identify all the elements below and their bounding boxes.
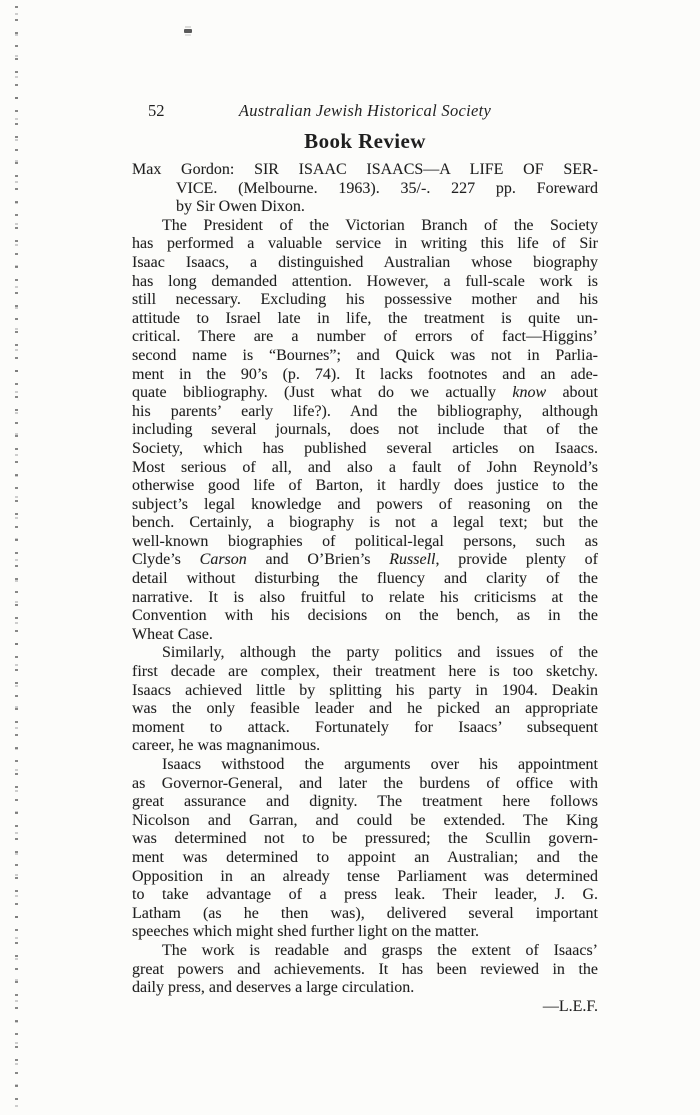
text-line: Most serious of all, and also a fault of… [132,459,598,478]
text-line: great assurance and dignity. The treatme… [132,793,598,812]
text-line: to take advantage of a press leak. Their… [132,886,598,905]
text-line: great powers and achievements. It has be… [132,961,598,980]
text-line: attitude to Israel late in life, the tre… [132,310,598,329]
text-line: moment to attack. Fortunately for Isaacs… [132,719,598,738]
text-line: speeches which might shed further light … [132,923,598,942]
paragraph: Max Gordon: SIR ISAAC ISAACS—A LIFE OF S… [132,161,598,217]
text-line: has performed a valuable service in writ… [132,235,598,254]
text-line: detail without disturbing the fluency an… [132,570,598,589]
text-line: narrative. It is also fruitful to relate… [132,589,598,608]
text-line: his parents’ early life?). And the bibli… [132,403,598,422]
text-line: Society, which has published several art… [132,440,598,459]
scan-binding-marks [15,6,18,1107]
text-line: was determined not to be pressured; the … [132,830,598,849]
paragraph: The work is readable and grasps the exte… [132,942,598,998]
text-line: ment was determined to appoint an Austra… [132,849,598,868]
journal-title: Australian Jewish Historical Society [132,101,598,120]
section-title: Book Review [132,129,598,154]
reviewer-signature: —L.E.F. [132,998,598,1017]
text-line: well-known biographies of political-lega… [132,533,598,552]
text-line: daily press, and deserves a large circul… [132,979,598,998]
text-line: career, he was magnanimous. [132,737,598,756]
text-line: including several journals, does not inc… [132,421,598,440]
text-line: Convention with his decisions on the ben… [132,607,598,626]
text-line: The work is readable and grasps the exte… [132,942,598,961]
text-line: bench. Certainly, a biography is not a l… [132,514,598,533]
text-line: Isaacs achieved little by splitting his … [132,682,598,701]
paragraph: Similarly, although the party politics a… [132,644,598,756]
text-line: critical. There are a number of errors o… [132,328,598,347]
text-line: was the only feasible leader and he pick… [132,700,598,719]
text-line: quate bibliography. (Just what do we act… [132,384,598,403]
text-line: VICE. (Melbourne. 1963). 35/-. 227 pp. F… [132,180,598,199]
text-line: otherwise good life of Barton, it hardly… [132,477,598,496]
text-line: ment in the 90’s (p. 74). It lacks footn… [132,366,598,385]
text-line: Isaacs withstood the arguments over his … [132,756,598,775]
text-line: has long demanded attention. However, a … [132,273,598,292]
text-line: Nicolson and Garran, and could be extend… [132,812,598,831]
ink-speck [184,29,192,33]
page-number: 52 [148,101,165,120]
text-line: second name is “Bournes”; and Quick was … [132,347,598,366]
text-line: Clyde’s Carson and O’Brien’s Russell, pr… [132,551,598,570]
text-line: as Governor-General, and later the burde… [132,775,598,794]
text-line: The President of the Victorian Branch of… [132,217,598,236]
text-line: subject’s legal knowledge and powers of … [132,496,598,515]
text-line: first decade are complex, their treatmen… [132,663,598,682]
text-line: by Sir Owen Dixon. [132,198,598,217]
text-line: Opposition in an already tense Parliamen… [132,868,598,887]
paragraph: The President of the Victorian Branch of… [132,217,598,645]
text-line: Isaac Isaacs, a distinguished Australian… [132,254,598,273]
text-line: still necessary. Excluding his possessiv… [132,291,598,310]
text-line: Max Gordon: SIR ISAAC ISAACS—A LIFE OF S… [132,161,598,180]
page-header: 52 Australian Jewish Historical Society [132,101,598,120]
text-line: Similarly, although the party politics a… [132,644,598,663]
paragraph: Isaacs withstood the arguments over his … [132,756,598,942]
text-line: Wheat Case. [132,626,598,645]
review-body: Max Gordon: SIR ISAAC ISAACS—A LIFE OF S… [132,161,598,1016]
text-line: Latham (as he then was), delivered sever… [132,905,598,924]
